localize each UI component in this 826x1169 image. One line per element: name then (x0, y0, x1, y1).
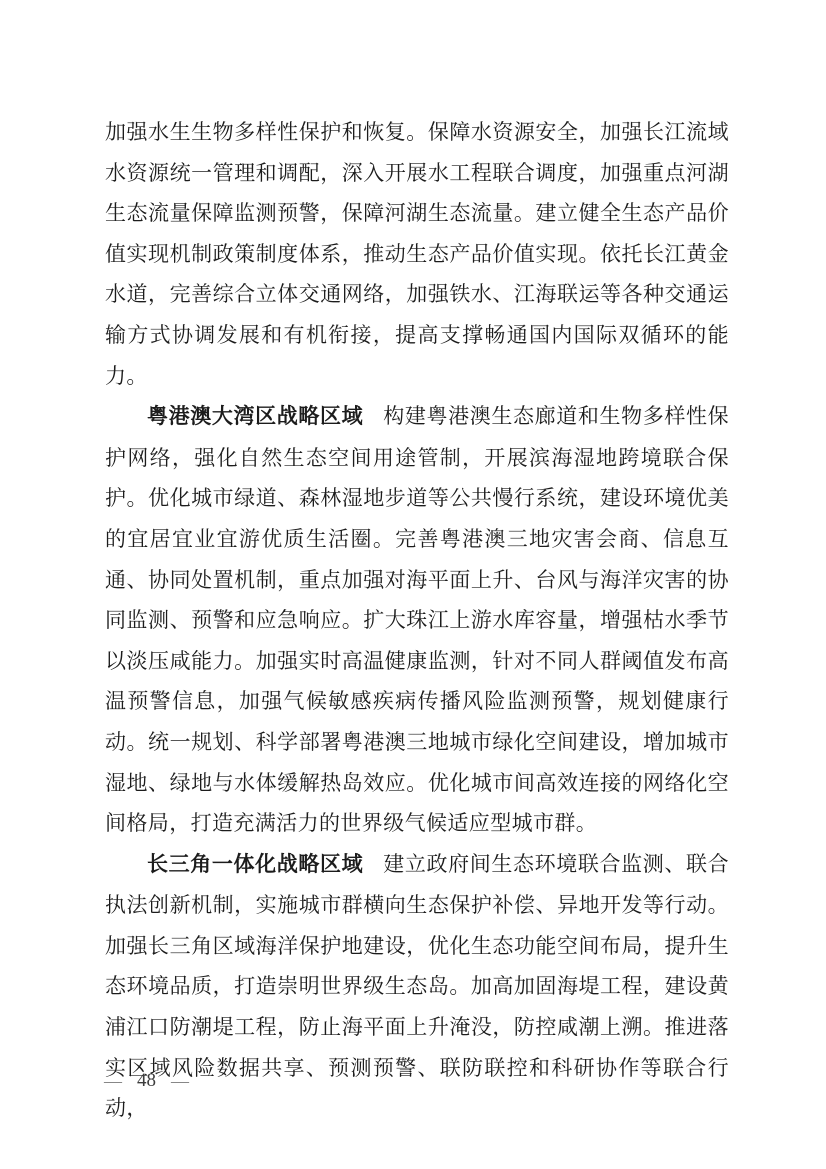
section-heading: 长三角一体化战略区域 (147, 853, 363, 876)
body-text-block: 加强水生生物多样性保护和恢复。保障水资源安全，加强长江流域水资源统一管理和调配，… (105, 112, 729, 1129)
footer-dash-right: — (171, 1068, 189, 1094)
page-footer: — 48 — (104, 1068, 189, 1094)
section-heading: 粤港澳大湾区战略区域 (147, 405, 363, 428)
page-number: 48 (137, 1068, 156, 1094)
paragraph-greater-bay-area: 粤港澳大湾区战略区域构建粤港澳生态廊道和生物多样性保护网络，强化自然生态空间用途… (105, 396, 729, 844)
paragraph-body: 构建粤港澳生态廊道和生物多样性保护网络，强化自然生态空间用途管制，开展滨海湿地跨… (105, 404, 729, 835)
paragraph-body: 建立政府间生态环境联合监测、联合执法创新机制，实施城市群横向生态保护补偿、异地开… (105, 852, 729, 1121)
paragraph-body: 加强水生生物多样性保护和恢复。保障水资源安全，加强长江流域水资源统一管理和调配，… (105, 120, 729, 388)
paragraph-continued: 加强水生生物多样性保护和恢复。保障水资源安全，加强长江流域水资源统一管理和调配，… (105, 112, 729, 396)
footer-dash-left: — (104, 1068, 122, 1094)
paragraph-yangtze-delta: 长三角一体化战略区域建立政府间生态环境联合监测、联合执法创新机制，实施城市群横向… (105, 844, 729, 1129)
document-page: 加强水生生物多样性保护和恢复。保障水资源安全，加强长江流域水资源统一管理和调配，… (0, 0, 826, 1169)
